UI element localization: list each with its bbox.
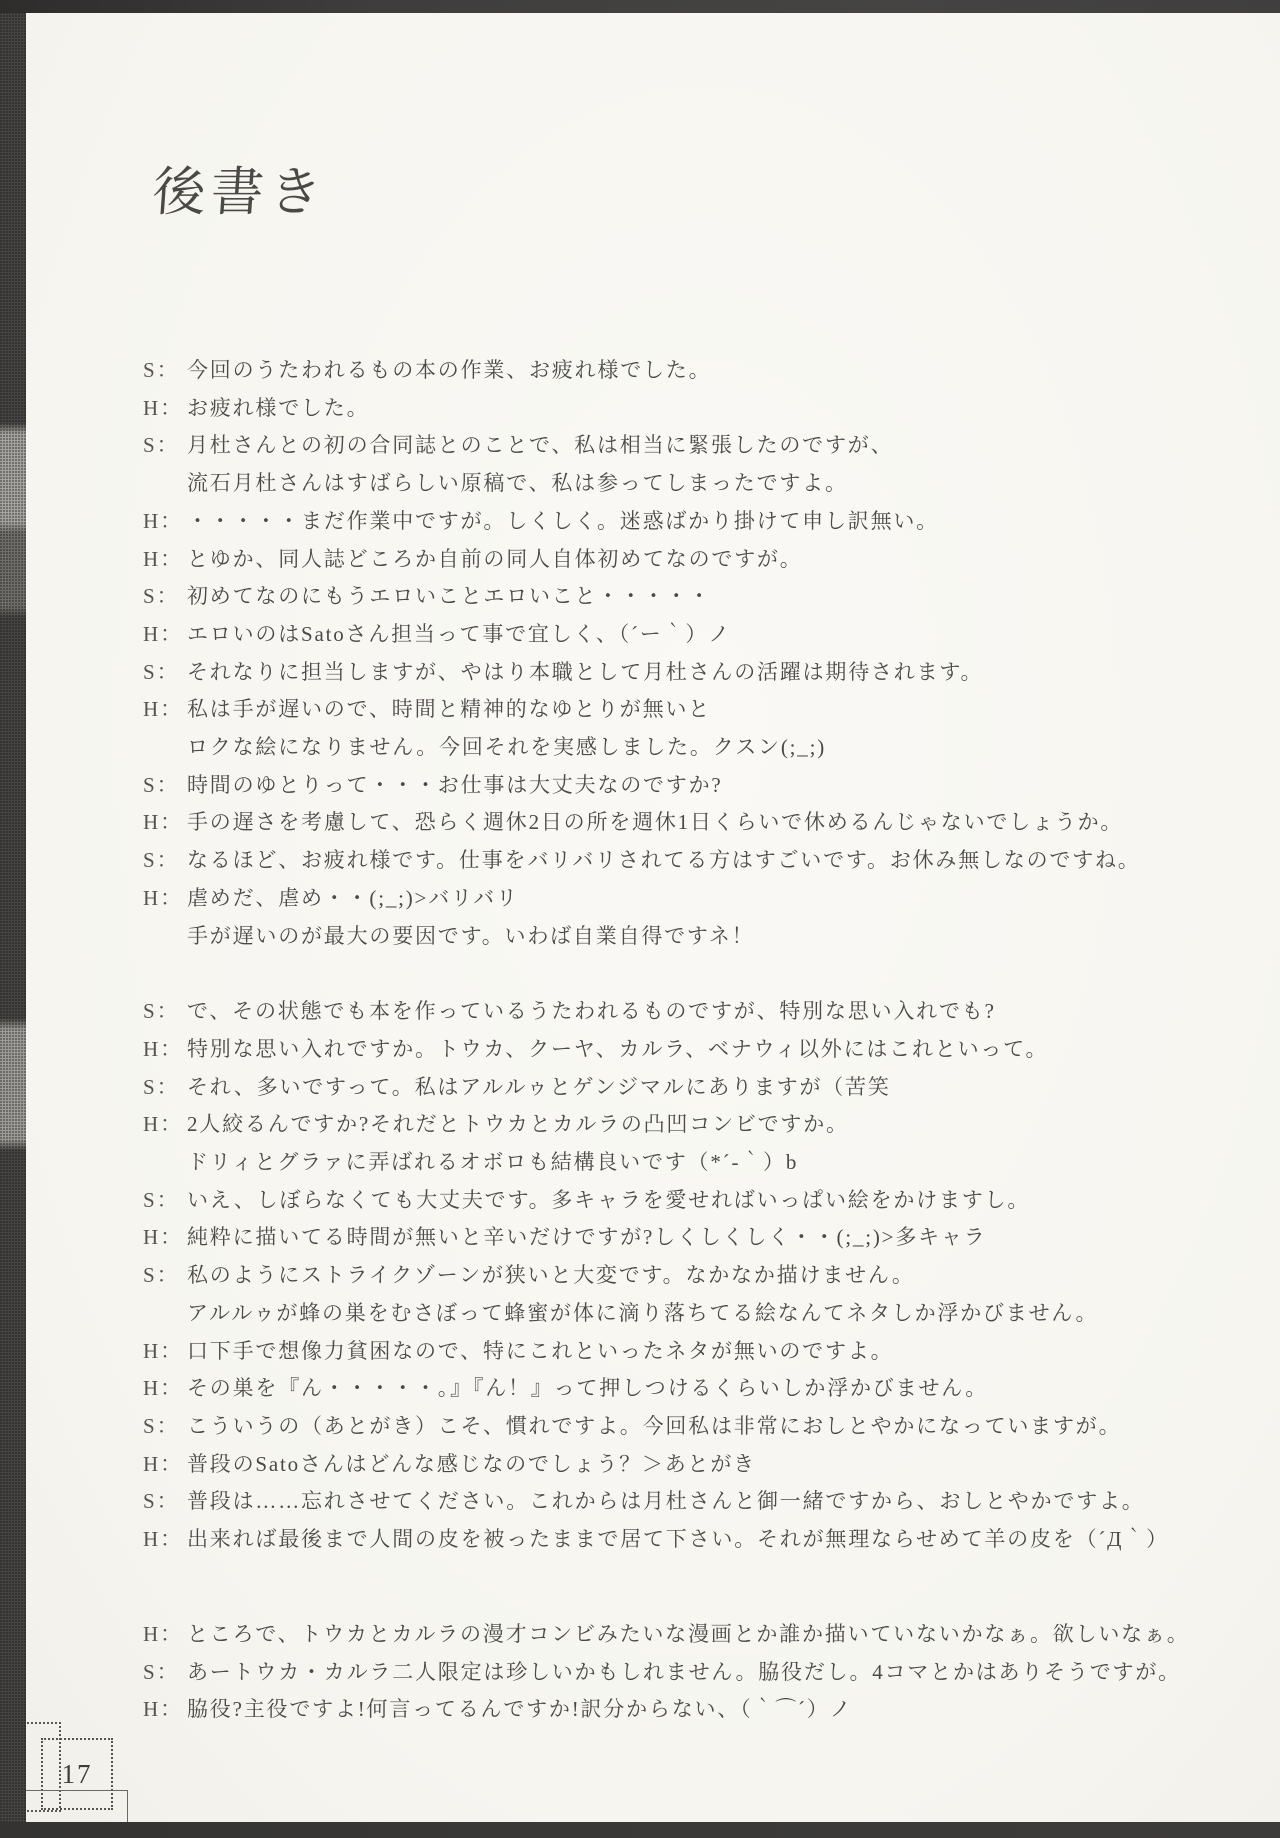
dialogue-text: ドリィとグラァに弄ばれるオボロも結構良いです（*´-｀）b	[187, 1144, 798, 1182]
dialogue-line: H：純粋に描いてる時間が無いと辛いだけですが?しくしくしく・・(;_;)>多キャ…	[143, 1219, 1190, 1257]
dialogue-line: H：・・・・・まだ作業中ですが。しくしく。迷惑ばかり掛けて申し訳無い。	[143, 503, 1190, 541]
speaker-label	[143, 729, 187, 767]
speaker-label: S：	[143, 1483, 187, 1521]
paper-background: 後書き S：今回のうたわれるもの本の作業、お疲れ様でした。H：お疲れ様でした。S…	[0, 0, 1280, 1838]
dialogue-text: 手が遅いのが最大の要因です。いわば自業自得ですネ！	[187, 918, 754, 956]
dialogue-text: その巣を『ん・・・・・。』『ん！』って押しつけるくらいしか浮かびません。	[187, 1370, 988, 1408]
speaker-label: S：	[143, 993, 187, 1031]
dialogue-text: それなりに担当しますが、やはり本職として月杜さんの活躍は期待されます。	[187, 654, 983, 692]
dialogue-text: ・・・・・まだ作業中ですが。しくしく。迷惑ばかり掛けて申し訳無い。	[187, 503, 939, 541]
dialogue-line: S：いえ、しぼらなくても大丈夫です。多キャラを愛せればいっぱい絵をかけますし。	[143, 1182, 1190, 1220]
speaker-label: S：	[143, 1182, 187, 1220]
dialogue-text: 純粋に描いてる時間が無いと辛いだけですが?しくしくしく・・(;_;)>多キャラ	[187, 1219, 987, 1257]
speaker-label: S：	[143, 1069, 187, 1107]
speaker-label	[143, 1295, 187, 1333]
dialogue-text: いえ、しぼらなくても大丈夫です。多キャラを愛せればいっぱい絵をかけますし。	[187, 1182, 1030, 1220]
dialogue-line: S：時間のゆとりって・・・お仕事は大丈夫なのですか?	[143, 767, 1190, 805]
dialogue-line: アルルゥが蜂の巣をむさぼって蜂蜜が体に滴り落ちてる絵なんてネタしか浮かびません。	[143, 1295, 1190, 1333]
dialogue-text: 普段は……忘れさせてください。これからは月杜さんと御一緒ですから、おしとやかです…	[187, 1483, 1145, 1521]
dialogue-line: H：とゆか、同人誌どころか自前の同人自体初めてなのですが。	[143, 541, 1190, 579]
speaker-label: H：	[143, 880, 187, 918]
dialogue-text: 出来れば最後まで人間の皮を被ったままで居て下さい。それが無理ならせめて羊の皮を（…	[187, 1521, 1169, 1559]
dialogue-text: 私は手が遅いので、時間と精神的なゆとりが無いと	[187, 691, 711, 729]
dialogue-line: S：今回のうたわれるもの本の作業、お疲れ様でした。	[143, 352, 1190, 390]
dialogue-line: ロクな絵になりません。今回それを実感しました。クスン(;_;)	[143, 729, 1190, 767]
speaker-label: S：	[143, 352, 187, 390]
speaker-label: H：	[143, 1370, 187, 1408]
dialogue-text: あートウカ・カルラ二人限定は珍しいかもしれません。脇役だし。4コマとかはありそう…	[187, 1654, 1181, 1692]
dialogue-block: S：で、その状態でも本を作っているうたわれるものですが、特別な思い入れでも?H：…	[143, 993, 1190, 1559]
dialogue-line: S：それ、多いですって。私はアルルゥとゲンジマルにありますが（苦笑	[143, 1069, 1190, 1107]
speaker-label: H：	[143, 691, 187, 729]
dialogue-text: お疲れ様でした。	[187, 390, 369, 428]
dialogue-line: H：私は手が遅いので、時間と精神的なゆとりが無いと	[143, 691, 1190, 729]
dialogue-block: H：ところで、トウカとカルラの漫才コンビみたいな漫画とか誰か描いていないかなぁ。…	[143, 1616, 1190, 1729]
dialogue-text: エロいのはSatoさん担当って事で宜しく、（´ー｀）ノ	[187, 616, 731, 654]
speaker-label: S：	[143, 1654, 187, 1692]
speaker-label: S：	[143, 578, 187, 616]
speaker-label	[143, 918, 187, 956]
dialogue-text: 流石月杜さんはすばらしい原稿で、私は参ってしまったですよ。	[187, 465, 848, 503]
speaker-label: H：	[143, 390, 187, 428]
speaker-label: S：	[143, 654, 187, 692]
speaker-label: H：	[143, 1333, 187, 1371]
scan-edge-top	[0, 0, 1280, 13]
dialogue-line: H：虐めだ、虐め・・(;_;)>バリバリ	[143, 880, 1190, 918]
dialogue-line: H：その巣を『ん・・・・・。』『ん！』って押しつけるくらいしか浮かびません。	[143, 1370, 1190, 1408]
dialogue-line: S：で、その状態でも本を作っているうたわれるものですが、特別な思い入れでも?	[143, 993, 1190, 1031]
dialogue-line: 流石月杜さんはすばらしい原稿で、私は参ってしまったですよ。	[143, 465, 1190, 503]
dialogue-line: S：あートウカ・カルラ二人限定は珍しいかもしれません。脇役だし。4コマとかはあり…	[143, 1654, 1190, 1692]
dialogue-text: 手の遅さを考慮して、恐らく週休2日の所を週休1日くらいで休めるんじゃないでしょう…	[187, 804, 1123, 842]
dialogue-text: なるほど、お疲れ様です。仕事をバリバリされてる方はすごいです。お休み無しなのです…	[187, 842, 1141, 880]
dialogue-text: アルルゥが蜂の巣をむさぼって蜂蜜が体に滴り落ちてる絵なんてネタしか浮かびません。	[187, 1295, 1098, 1333]
scan-edge-left	[0, 0, 26, 1838]
dialogue-text: 私のようにストライクゾーンが狭いと大変です。なかなか描けません。	[187, 1257, 915, 1295]
speaker-label: H：	[143, 804, 187, 842]
scan-edge-bottom	[0, 1822, 1280, 1838]
dialogue-text: ところで、トウカとカルラの漫才コンビみたいな漫画とか誰か描いていないかなぁ。欲し…	[187, 1616, 1190, 1654]
dialogue-line: S：私のようにストライクゾーンが狭いと大変です。なかなか描けません。	[143, 1257, 1190, 1295]
speaker-label: H：	[143, 1219, 187, 1257]
dialogue-line: S：普段は……忘れさせてください。これからは月杜さんと御一緒ですから、おしとやか…	[143, 1483, 1190, 1521]
dialogue-text: ロクな絵になりません。今回それを実感しました。クスン(;_;)	[187, 729, 826, 767]
dialogue-line: H：特別な思い入れですか。トウカ、クーヤ、カルラ、ベナウィ以外にはこれといって。	[143, 1031, 1190, 1069]
dialogue-line: S：それなりに担当しますが、やはり本職として月杜さんの活躍は期待されます。	[143, 654, 1190, 692]
speaker-label: S：	[143, 1408, 187, 1446]
dialogue-text: 口下手で想像力貧困なので、特にこれといったネタが無いのですよ。	[187, 1333, 893, 1371]
dialogue-text: 特別な思い入れですか。トウカ、クーヤ、カルラ、ベナウィ以外にはこれといって。	[187, 1031, 1048, 1069]
speaker-label: H：	[143, 503, 187, 541]
dialogue-text: こういうの（あとがき）こそ、慣れですよ。今回私は非常におしとやかになっていますが…	[187, 1408, 1121, 1446]
dialogue-line: S：月杜さんとの初の合同誌とのことで、私は相当に緊張したのですが、	[143, 427, 1190, 465]
page-number-ornament: 17	[0, 1700, 220, 1838]
dialogue-line: H：お疲れ様でした。	[143, 390, 1190, 428]
dialogue-line: H：脇役?主役ですよ!何言ってるんですか!訳分からない、（｀⌒´）ノ	[143, 1691, 1190, 1729]
speaker-label: H：	[143, 1446, 187, 1484]
dialogue-text: それ、多いですって。私はアルルゥとゲンジマルにありますが（苦笑	[187, 1069, 891, 1107]
speaker-label: S：	[143, 1257, 187, 1295]
page-title: 後書き	[150, 150, 329, 226]
dialogue-text: 虐めだ、虐め・・(;_;)>バリバリ	[187, 880, 519, 918]
dialogue-text: とゆか、同人誌どころか自前の同人自体初めてなのですが。	[187, 541, 803, 579]
dialogue-text: 時間のゆとりって・・・お仕事は大丈夫なのですか?	[187, 767, 723, 805]
dialogue-line: 手が遅いのが最大の要因です。いわば自業自得ですネ！	[143, 918, 1190, 956]
speaker-label: H：	[143, 1521, 187, 1559]
dialogue-line: S：なるほど、お疲れ様です。仕事をバリバリされてる方はすごいです。お休み無しなの…	[143, 842, 1190, 880]
dialogue-block: S：今回のうたわれるもの本の作業、お疲れ様でした。H：お疲れ様でした。S：月杜さ…	[143, 352, 1190, 955]
dialogue-line: H：エロいのはSatoさん担当って事で宜しく、（´ー｀）ノ	[143, 616, 1190, 654]
dialogue-text: 今回のうたわれるもの本の作業、お疲れ様でした。	[187, 352, 711, 390]
dialogue-text: 月杜さんとの初の合同誌とのことで、私は相当に緊張したのですが、	[187, 427, 893, 465]
speaker-label: H：	[143, 1031, 187, 1069]
dialogue-text: 初めてなのにもうエロいことエロいこと・・・・・	[187, 578, 711, 616]
speaker-label: S：	[143, 427, 187, 465]
speaker-label	[143, 465, 187, 503]
speaker-label: S：	[143, 842, 187, 880]
speaker-label	[143, 1144, 187, 1182]
dialogue-line: H：口下手で想像力貧困なので、特にこれといったネタが無いのですよ。	[143, 1333, 1190, 1371]
dialogue-line: S：初めてなのにもうエロいことエロいこと・・・・・	[143, 578, 1190, 616]
dialogue-text: 普段のSatoさんはどんな感じなのでしょう？＞あとがき	[187, 1446, 756, 1484]
speaker-label: H：	[143, 616, 187, 654]
speaker-label: H：	[143, 1106, 187, 1144]
dialogue-line: H：2人絞るんですか?それだとトウカとカルラの凸凹コンビですか。	[143, 1106, 1190, 1144]
speaker-label: H：	[143, 1616, 187, 1654]
dialogue-line: S：こういうの（あとがき）こそ、慣れですよ。今回私は非常におしとやかになっていま…	[143, 1408, 1190, 1446]
scanned-afterword-page: { "page": { "title": "後書き", "page_number…	[0, 0, 1280, 1838]
page-number: 17	[62, 1759, 93, 1790]
dialogue-line: H：手の遅さを考慮して、恐らく週休2日の所を週休1日くらいで休めるんじゃないでし…	[143, 804, 1190, 842]
dialogue-text: 2人絞るんですか?それだとトウカとカルラの凸凹コンビですか。	[187, 1106, 849, 1144]
dialogue-text: で、その状態でも本を作っているうたわれるものですが、特別な思い入れでも?	[187, 993, 996, 1031]
dialogue-text: 脇役?主役ですよ!何言ってるんですか!訳分からない、（｀⌒´）ノ	[187, 1691, 852, 1729]
afterword-dialogue: S：今回のうたわれるもの本の作業、お疲れ様でした。H：お疲れ様でした。S：月杜さ…	[143, 352, 1190, 1729]
dialogue-line: ドリィとグラァに弄ばれるオボロも結構良いです（*´-｀）b	[143, 1144, 1190, 1182]
dialogue-line: H：出来れば最後まで人間の皮を被ったままで居て下さい。それが無理ならせめて羊の皮…	[143, 1521, 1190, 1559]
speaker-label: S：	[143, 767, 187, 805]
dialogue-line: H：普段のSatoさんはどんな感じなのでしょう？＞あとがき	[143, 1446, 1190, 1484]
dialogue-line: H：ところで、トウカとカルラの漫才コンビみたいな漫画とか誰か描いていないかなぁ。…	[143, 1616, 1190, 1654]
speaker-label: H：	[143, 541, 187, 579]
